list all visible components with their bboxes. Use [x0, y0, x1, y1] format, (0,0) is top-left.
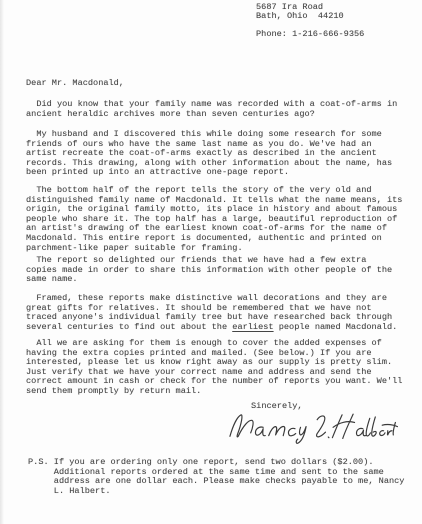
signature-stroke-r — [387, 431, 391, 435]
postscript: P.S. If you are ordering only one report… — [28, 458, 404, 496]
scan-edge-artifact — [0, 0, 4, 524]
salutation: Dear Mr. Macdonald, — [26, 79, 124, 89]
signature-stroke-e — [380, 431, 385, 436]
signature-stroke-y — [296, 427, 306, 444]
signature-stroke-a1 — [255, 427, 265, 436]
signature-stroke-a2 — [357, 428, 366, 435]
signature-stroke-n2 — [269, 427, 285, 436]
signature-stroke-b — [372, 417, 376, 436]
signature-stroke-t — [393, 422, 395, 434]
signature-stroke-L — [317, 416, 326, 437]
paragraph-3: The bottom half of the report tells the … — [26, 186, 402, 253]
signature-stroke-Hbar — [333, 422, 354, 428]
signature-stroke-c — [288, 428, 295, 435]
paragraph-2: My husband and I discovered this while d… — [26, 130, 392, 178]
sender-address: 5687 Ira RoadBath, Ohio 44210 — [256, 3, 344, 22]
paragraph-5-after: people named Macdonald. — [274, 322, 398, 332]
paragraph-1: Did you know that your family name was r… — [26, 100, 397, 119]
paragraph-5: Framed, these reports make distinctive w… — [26, 294, 397, 332]
paragraph-4: The report so delighted our friends that… — [26, 256, 392, 285]
underlined-word: earliest — [232, 322, 273, 332]
letter-page: 5687 Ira RoadBath, Ohio 44210 Phone: 1-2… — [0, 0, 422, 524]
signature-stroke-H2 — [343, 414, 353, 438]
paragraph-6: All we are asking for them is enough to … — [26, 339, 402, 397]
sender-address-line2: Bath, Ohio 44210 — [256, 11, 344, 21]
sender-phone: Phone: 1-216-666-9356 — [256, 30, 364, 40]
signature-handwriting — [227, 410, 399, 446]
signature-stroke-period — [328, 437, 329, 438]
signature-stroke-n — [230, 415, 253, 437]
signature-stroke-l — [366, 418, 370, 436]
